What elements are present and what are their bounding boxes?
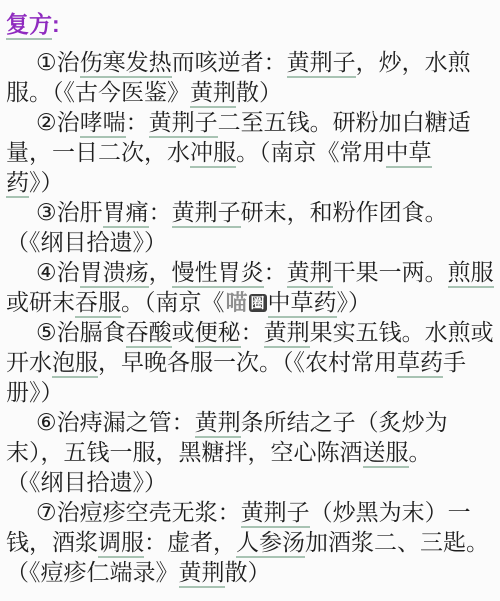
term-link[interactable]: 胃溃疡: [80, 259, 149, 288]
text-run: 服。（《古今医鉴》: [6, 79, 190, 108]
term-link[interactable]: 慢性胃炎: [172, 259, 264, 288]
text-run: ⑦治痘疹空壳无浆：: [36, 499, 241, 528]
term-link[interactable]: 草药: [397, 349, 443, 378]
text-run: 开水: [6, 349, 52, 378]
text-run: 。（南京《常用: [236, 139, 386, 168]
text-run: 加酒浆二、三匙。: [305, 529, 489, 558]
text-run: ②治: [36, 109, 80, 138]
term-link[interactable]: 黄荆: [264, 319, 310, 348]
text-run: （《纲目拾遗》）: [6, 229, 167, 258]
text-run: 册》）: [6, 379, 64, 408]
term-link[interactable]: 黄荆: [195, 409, 241, 438]
term-link[interactable]: 黄荆子: [287, 49, 356, 78]
term-link[interactable]: 调服: [98, 529, 144, 558]
term-link[interactable]: 煎服: [448, 259, 494, 288]
page: 复方: ①治伤寒发热而咳逆者：黄荆子，炒，水煎服。（《古今医鉴》黄荆散）②治哮喘…: [0, 0, 500, 588]
prescription-1-line-1: ①治伤寒发热而咳逆者：黄荆子，炒，水煎: [6, 48, 496, 78]
text-run: ，炒，水煎: [356, 49, 471, 78]
text-run: ：虚者，: [144, 529, 236, 558]
term-link[interactable]: 黄荆子: [241, 499, 310, 528]
prescription-2-line-3: 药》）: [6, 168, 496, 198]
term-link[interactable]: 冲服: [190, 139, 236, 168]
prescription-5-line-2: 开水泡服，早晚各服一次。（《农村常用草药手: [6, 348, 496, 378]
text-run: （炒黑为末）一: [310, 499, 471, 528]
section-heading: 复方:: [6, 9, 496, 39]
text-run: 量，一日二次，水: [6, 139, 190, 168]
text-run: ，早晚各服一次。（《农村常用: [98, 349, 397, 378]
prescription-1-line-2: 服。（《古今医鉴》黄荆散）: [6, 78, 496, 108]
text-run: 散）: [225, 559, 271, 588]
term-link[interactable]: 吞酸: [126, 319, 172, 348]
text-run: 手: [443, 349, 466, 378]
term-link[interactable]: 中草药: [268, 289, 337, 318]
text-run: ：: [126, 109, 149, 138]
prescription-2-line-2: 量，一日二次，水冲服。（南京《常用中草: [6, 138, 496, 168]
text-run: ：: [149, 199, 172, 228]
prescription-3-line-1: ③治肝胃痛：黄荆子研末，和粉作团食。: [6, 198, 496, 228]
text-run: （《纲目拾遗》）: [6, 469, 167, 498]
term-link[interactable]: 泡服: [52, 349, 98, 378]
text-run: 干果一两。: [333, 259, 448, 288]
text-run: ⑤治膈食: [36, 319, 126, 348]
prescription-7-line-3: （《痘疹仁端录》黄荆散）: [6, 558, 496, 588]
text-run: ③治肝: [36, 199, 103, 228]
text-run: 。: [409, 439, 432, 468]
term-link[interactable]: 黄荆子: [149, 109, 218, 138]
watermark-miao-char: 喵: [226, 288, 248, 317]
text-run: 而咳逆者：: [172, 49, 287, 78]
prescription-2-line-1: ②治哮喘：黄荆子二至五钱。研粉加白糖适: [6, 108, 496, 138]
prescription-7-line-1: ⑦治痘疹空壳无浆：黄荆子（炒黑为末）一: [6, 498, 496, 528]
text-run: 》）: [29, 169, 64, 198]
heading-colon: :: [52, 11, 60, 37]
text-run: ⑥治痔漏之管：: [36, 409, 195, 438]
text-run: 末），五钱一服，黑糖拌，空心陈酒: [6, 439, 363, 468]
term-link[interactable]: 胃痛: [103, 199, 149, 228]
text-run: ，: [149, 259, 172, 288]
watermark-seal-icon: 圈: [249, 294, 267, 312]
prescription-7-line-2: 钱，酒浆调服：虚者，人参汤加酒浆二、三匙。: [6, 528, 496, 558]
prescription-3-line-2: （《纲目拾遗》）: [6, 228, 496, 258]
prescription-6-line-2: 末），五钱一服，黑糖拌，空心陈酒送服。: [6, 438, 496, 468]
term-link[interactable]: 送服: [363, 439, 409, 468]
text-run: ：: [264, 259, 287, 288]
text-run: ：: [241, 319, 264, 348]
content-body: ①治伤寒发热而咳逆者：黄荆子，炒，水煎服。（《古今医鉴》黄荆散）②治哮喘：黄荆子…: [6, 48, 496, 588]
term-link[interactable]: 黄荆子: [172, 199, 241, 228]
prescription-5-line-3: 册》）: [6, 378, 496, 408]
text-run: 或: [172, 319, 195, 348]
term-link[interactable]: 哮喘: [80, 109, 126, 138]
text-run: 研末，和粉作团食。: [241, 199, 448, 228]
text-run: 钱，酒浆: [6, 529, 98, 558]
text-run: 》）: [337, 289, 372, 318]
term-link[interactable]: 黄荆: [190, 79, 236, 108]
prescription-5-line-1: ⑤治膈食吞酸或便秘：黄荆果实五钱。水煎或: [6, 318, 496, 348]
prescription-4-line-2: 或研末吞服。（南京《喵圈中草药》）: [6, 288, 496, 318]
text-run: ①治: [36, 49, 80, 78]
text-run: 。（南京《: [121, 289, 225, 318]
text-run: 果实五钱。水煎或: [310, 319, 494, 348]
term-link[interactable]: 吞服: [75, 289, 121, 318]
term-link[interactable]: 黄荆: [179, 559, 225, 588]
term-link[interactable]: 便秘: [195, 319, 241, 348]
text-run: 散）: [236, 79, 282, 108]
text-run: 或研末: [6, 289, 75, 318]
prescription-4-line-1: ④治胃溃疡，慢性胃炎：黄荆干果一两。煎服: [6, 258, 496, 288]
prescription-6-line-3: （《纲目拾遗》）: [6, 468, 496, 498]
watermark-logo: 喵圈: [226, 288, 267, 317]
term-link[interactable]: 黄荆: [287, 259, 333, 288]
prescription-6-line-1: ⑥治痔漏之管：黄荆条所结之子（炙炒为: [6, 408, 496, 438]
term-link[interactable]: 药: [6, 169, 29, 198]
term-link[interactable]: 中草: [386, 139, 432, 168]
term-link[interactable]: 人参汤: [236, 529, 305, 558]
text-run: ④治: [36, 259, 80, 288]
text-run: （《痘疹仁端录》: [6, 559, 179, 588]
heading-term-link[interactable]: 复方: [6, 11, 52, 40]
text-run: 条所结之子（炙炒为: [241, 409, 448, 438]
term-link[interactable]: 伤寒发热: [80, 49, 172, 78]
text-run: 二至五钱。研粉加白糖适: [218, 109, 471, 138]
